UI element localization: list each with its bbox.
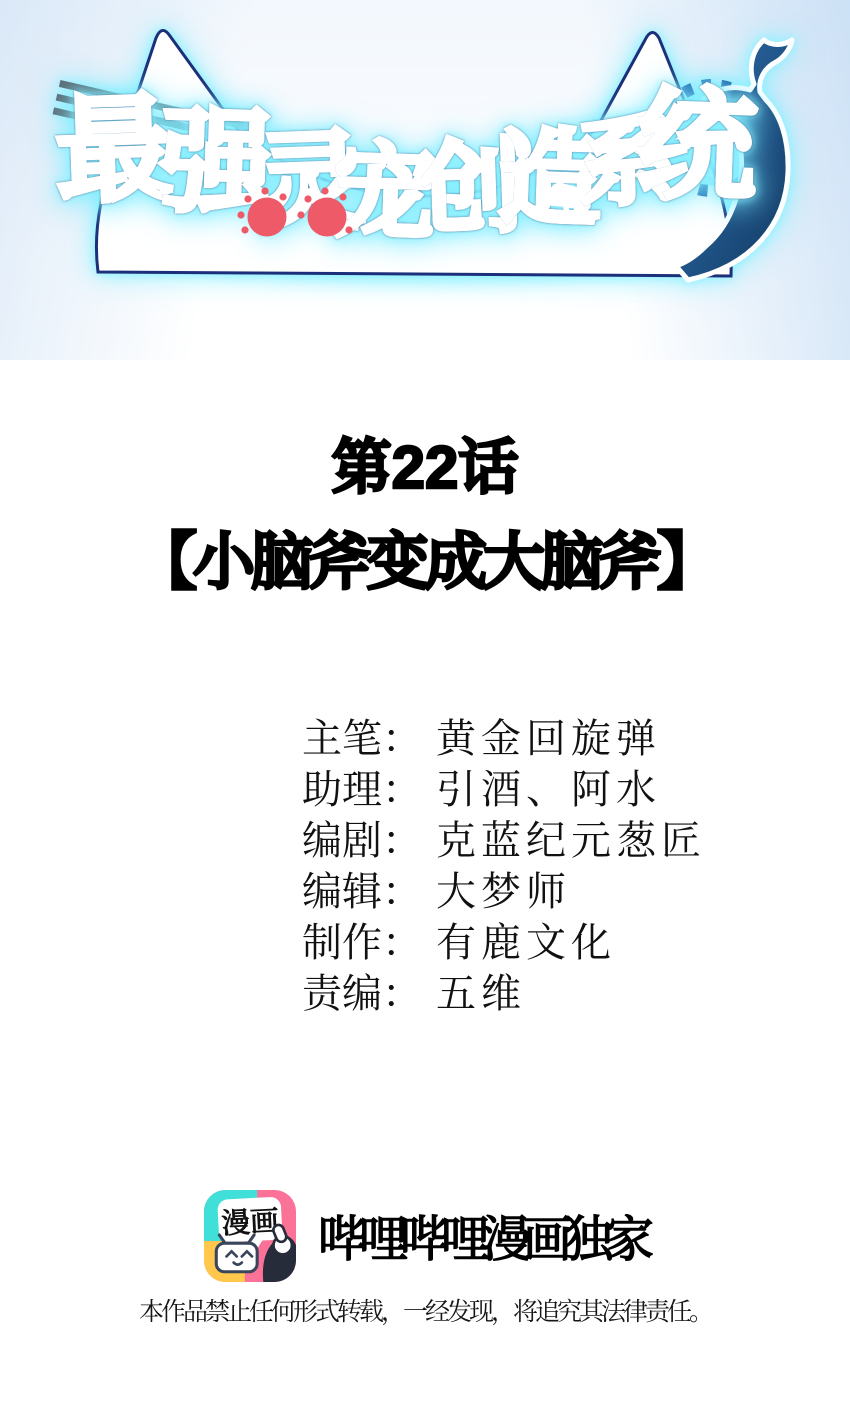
comic-title-page: 最 强 灵 宠 创 造 系 统 [0,0,850,1415]
credit-role: 责编： [302,969,436,1020]
credit-name: 大梦师 [436,867,571,918]
credit-row: 制作： 有鹿文化 [302,918,706,969]
credit-role: 助理： [302,765,436,816]
chapter-number: 第22话 [0,420,850,506]
credit-role: 编辑： [302,867,436,918]
credits-list: 主笔： 黄金回旋弹 助理： 引酒、阿水 编剧： 克蓝纪元葱匠 编辑： 大梦师 制… [302,714,706,1020]
chapter-title: 【小脑斧变成大脑斧】 [0,512,850,601]
icon-manga-text: 漫画 [221,1205,280,1240]
credit-name: 引酒、阿水 [436,765,661,816]
credit-role: 编剧： [302,816,436,867]
credit-name: 黄金回旋弹 [436,714,661,765]
credit-name: 有鹿文化 [436,918,616,969]
paw-print-icon [297,187,352,236]
horse-icon [536,181,585,217]
copyright-notice: 本作品禁止任何形式转载，一经发现，将追究其法律责任。 [0,1292,850,1328]
credit-role: 主笔： [302,714,436,765]
credit-name: 五维 [436,969,526,1020]
credit-row: 主笔： 黄金回旋弹 [302,714,706,765]
credit-row: 责编： 五维 [302,969,706,1020]
credit-role: 制作： [302,918,436,969]
paw-print-icon [237,187,286,236]
exclusive-label: 哔哩哔哩漫画独家 [318,1201,646,1271]
bilibili-manga-app-icon: 漫画 [204,1190,296,1282]
logo-foreground-art [0,10,850,315]
credit-row: 编剧： 克蓝纪元葱匠 [302,816,706,867]
credit-row: 助理： 引酒、阿水 [302,765,706,816]
credit-name: 克蓝纪元葱匠 [436,816,706,867]
publisher-row: 漫画 哔哩哔哩漫画独家 [0,1188,850,1284]
credit-row: 编辑： 大梦师 [302,867,706,918]
series-logo: 最 强 灵 宠 创 造 系 统 [0,10,850,315]
